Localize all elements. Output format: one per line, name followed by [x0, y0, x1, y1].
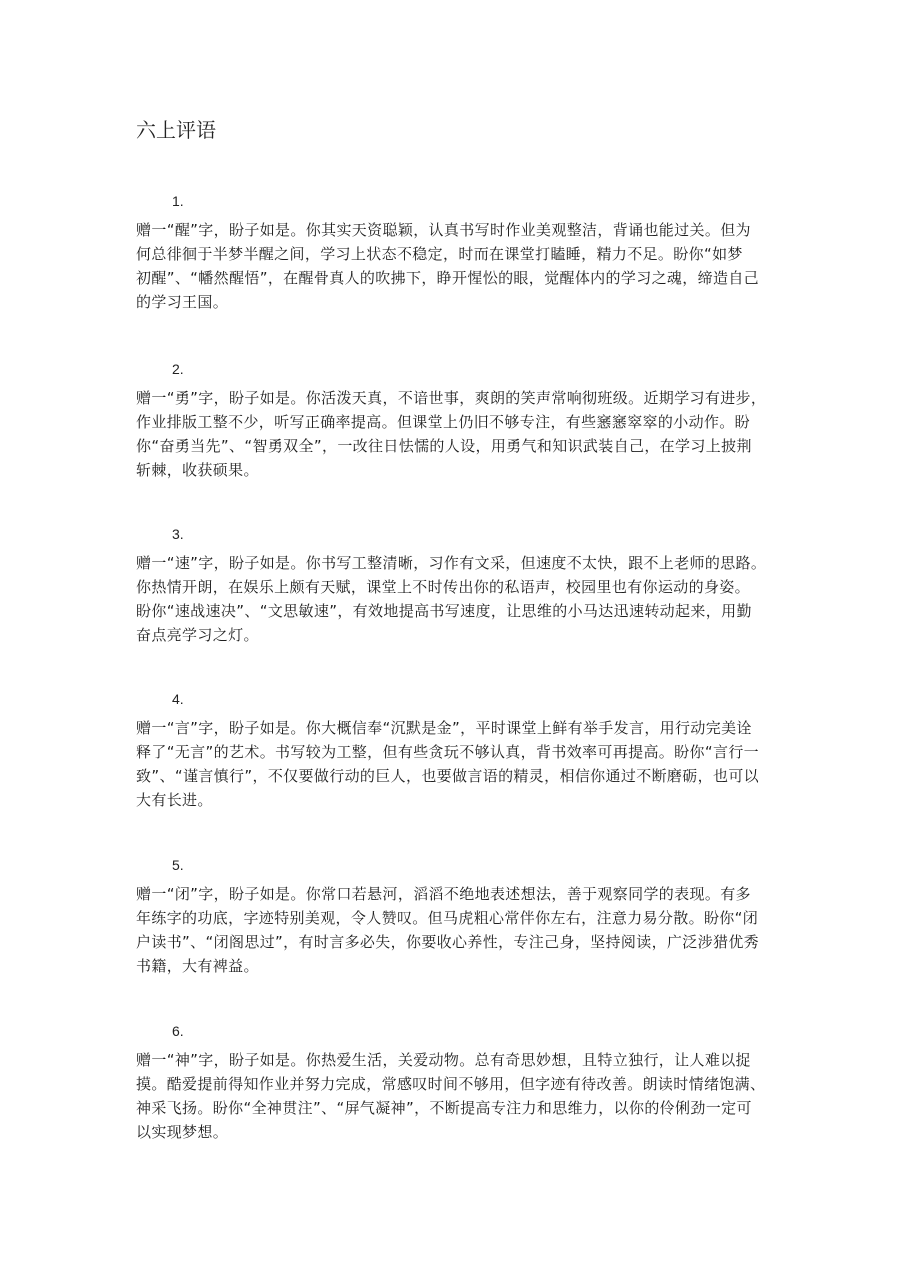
entry-text: 赠一“勇”字，盼子如是。你活泼天真，不谙世事，爽朗的笑声常响彻班级。近期学习有进… — [136, 386, 776, 482]
text-line: 赠一“神”字，盼子如是。你热爱生活，关爱动物。总有奇思妙想，且特立独行，让人难以… — [136, 1048, 776, 1072]
entry-text: 赠一“速”字，盼子如是。你书写工整清晰，习作有文采，但速度不太快，跟不上老师的思… — [136, 551, 776, 647]
text-line: 盼你“速战速决”、“文思敏速”，有效地提高书写速度，让思维的小马达迅速转动起来，… — [136, 599, 776, 623]
text-line: 奋点亮学习之灯。 — [136, 623, 776, 647]
text-line: 赠一“勇”字，盼子如是。你活泼天真，不谙世事，爽朗的笑声常响彻班级。近期学习有进… — [136, 386, 776, 410]
entry-number: 4. — [172, 690, 184, 708]
text-line: 书籍，大有裨益。 — [136, 954, 776, 978]
text-line: 赠一“言”字，盼子如是。你大概信奉“沉默是金”，平时课堂上鲜有举手发言，用行动完… — [136, 716, 776, 740]
text-line: 赠一“速”字，盼子如是。你书写工整清晰，习作有文采，但速度不太快，跟不上老师的思… — [136, 551, 776, 575]
text-line: 你热情开朗，在娱乐上颇有天赋，课堂上不时传出你的私语声，校园里也有你运动的身姿。 — [136, 575, 776, 599]
text-line: 的学习王国。 — [136, 290, 776, 314]
text-line: 斩棘，收获硕果。 — [136, 458, 776, 482]
entry-number: 6. — [172, 1022, 184, 1040]
text-line: 赠一“闭”字，盼子如是。你常口若悬河，滔滔不绝地表述想法，善于观察同学的表现。有… — [136, 882, 776, 906]
text-line: 你“奋勇当先”、“智勇双全”，一改往日怯懦的人设，用勇气和知识武装自己，在学习上… — [136, 434, 776, 458]
text-line: 致”、“谨言慎行”，不仅要做行动的巨人，也要做言语的精灵，相信你通过不断磨砺，也… — [136, 764, 776, 788]
text-line: 神采飞扬。盼你“全神贯注”、“屏气凝神”，不断提高专注力和思维力，以你的伶俐劲一… — [136, 1096, 776, 1120]
text-line: 年练字的功底，字迹特别美观，令人赞叹。但马虎粗心常伴你左右，注意力易分散。盼你“… — [136, 906, 776, 930]
entry-number: 3. — [172, 525, 184, 543]
text-line: 摸。酷爱提前得知作业并努力完成，常感叹时间不够用，但字迹有待改善。朗读时情绪饱满… — [136, 1072, 776, 1096]
entry-text: 赠一“闭”字，盼子如是。你常口若悬河，滔滔不绝地表述想法，善于观察同学的表现。有… — [136, 882, 776, 978]
entry-text: 赠一“醒”字，盼子如是。你其实天资聪颖，认真书写时作业美观整洁，背诵也能过关。但… — [136, 218, 776, 314]
text-line: 以实现梦想。 — [136, 1120, 776, 1144]
entry-text: 赠一“言”字，盼子如是。你大概信奉“沉默是金”，平时课堂上鲜有举手发言，用行动完… — [136, 716, 776, 812]
text-line: 作业排版工整不少，听写正确率提高。但课堂上仍旧不够专注，有些窸窸窣窣的小动作。盼 — [136, 410, 776, 434]
document-page: 六上评语 1. 赠一“醒”字，盼子如是。你其实天资聪颖，认真书写时作业美观整洁，… — [0, 0, 900, 1286]
text-line: 赠一“醒”字，盼子如是。你其实天资聪颖，认真书写时作业美观整洁，背诵也能过关。但… — [136, 218, 776, 242]
entry-number: 5. — [172, 856, 184, 874]
text-line: 释了“无言”的艺术。书写较为工整，但有些贪玩不够认真，背书效率可再提高。盼你“言… — [136, 740, 776, 764]
document-title: 六上评语 — [136, 117, 216, 143]
text-line: 大有长进。 — [136, 788, 776, 812]
entry-number: 1. — [172, 192, 184, 210]
text-line: 初醒”、“幡然醒悟”，在醒骨真人的吹拂下，睁开惺忪的眼，觉醒体内的学习之魂，缔造… — [136, 266, 776, 290]
entry-number: 2. — [172, 360, 184, 378]
text-line: 户读书”、“闭阁思过”，有时言多必失，你要收心养性，专注己身，坚持阅读，广泛涉猎… — [136, 930, 776, 954]
text-line: 何总徘徊于半梦半醒之间，学习上状态不稳定，时而在课堂打瞌睡，精力不足。盼你“如梦 — [136, 242, 776, 266]
entry-text: 赠一“神”字，盼子如是。你热爱生活，关爱动物。总有奇思妙想，且特立独行，让人难以… — [136, 1048, 776, 1144]
